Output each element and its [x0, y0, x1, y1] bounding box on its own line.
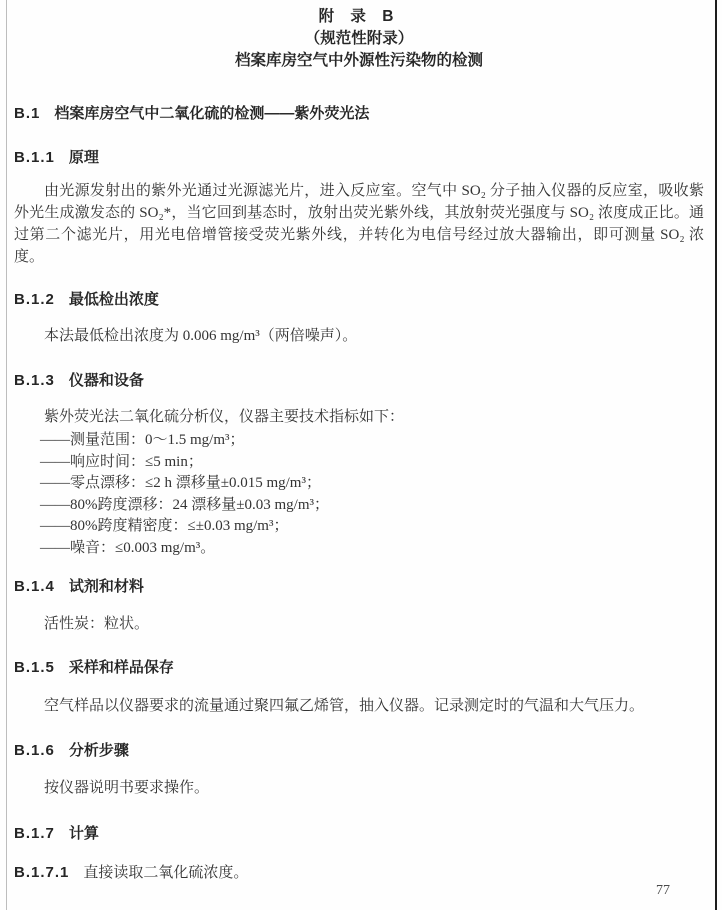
section-heading-b1: B.1档案库房空气中二氧化硫的检测——紫外荧光法: [14, 104, 704, 124]
page-number: 77: [656, 880, 670, 902]
section-number: B.1.7.1: [14, 864, 69, 881]
page-content: 附 录 B （规范性附录） 档案库房空气中外源性污染物的检测 B.1档案库房空气…: [14, 6, 704, 884]
spec-item-measure-range: ——测量范围：0～1.5 mg/m³；: [40, 430, 704, 452]
paragraph-sampling: 空气样品以仪器要求的流量通过聚四氟乙烯管，抽入仪器。记录测定时的气温和大气压力。: [14, 695, 704, 717]
spec-item-zero-drift: ——零点漂移：≤2 h 漂移量±0.015 mg/m³；: [40, 473, 704, 495]
section-title: 仪器和设备: [69, 372, 144, 389]
section-title: 最低检出浓度: [69, 291, 159, 308]
spec-item-response-time: ——响应时间：≤5 min；: [40, 452, 704, 474]
section-heading-b1-7: B.1.7计算: [14, 824, 704, 844]
section-number: B.1.6: [14, 742, 55, 759]
section-heading-b1-4: B.1.4试剂和材料: [14, 577, 704, 597]
appendix-label: 附 录 B: [14, 6, 704, 28]
paragraph-instrument-intro: 紫外荧光法二氧化硫分析仪，仪器主要技术指标如下：: [14, 406, 704, 428]
paragraph-principle: 由光源发射出的紫外光通过光源滤光片，进入反应室。空气中 SO₂ 分子抽入仪器的反…: [14, 180, 704, 268]
paragraph-procedure: 按仪器说明书要求操作。: [14, 777, 704, 799]
appendix-type: （规范性附录）: [14, 28, 704, 50]
scan-border-right: [715, 0, 717, 910]
section-heading-b1-2: B.1.2最低检出浓度: [14, 290, 704, 310]
section-title: 原理: [69, 149, 99, 166]
section-heading-b1-6: B.1.6分析步骤: [14, 741, 704, 761]
section-number: B.1.1: [14, 149, 55, 166]
section-number: B.1.2: [14, 291, 55, 308]
section-title: 分析步骤: [69, 742, 129, 759]
section-title: 档案库房空气中二氧化硫的检测——紫外荧光法: [54, 105, 369, 122]
section-title: 试剂和材料: [69, 578, 144, 595]
spec-item-noise: ——噪音：≤0.003 mg/m³。: [40, 538, 704, 560]
section-heading-b1-3: B.1.3仪器和设备: [14, 371, 704, 391]
section-number: B.1.3: [14, 372, 55, 389]
spec-item-span-drift: ——80%跨度漂移：24 漂移量±0.03 mg/m³；: [40, 495, 704, 517]
section-number: B.1.5: [14, 659, 55, 676]
paragraph-detection-limit: 本法最低检出浓度为 0.006 mg/m³（两倍噪声）。: [14, 325, 704, 347]
section-heading-b1-5: B.1.5采样和样品保存: [14, 658, 704, 678]
spec-item-span-precision: ——80%跨度精密度：≤±0.03 mg/m³；: [40, 516, 704, 538]
scan-border-left: [6, 0, 7, 910]
section-number: B.1.7: [14, 825, 55, 842]
section-b1-7-1: B.1.7.1直接读取二氧化硫浓度。: [14, 862, 704, 884]
section-number: B.1: [14, 105, 40, 122]
section-number: B.1.4: [14, 578, 55, 595]
section-title: 计算: [69, 825, 99, 842]
section-heading-b1-1: B.1.1原理: [14, 148, 704, 168]
section-title: 采样和样品保存: [69, 659, 174, 676]
paragraph-reagents: 活性炭：粒状。: [14, 613, 704, 635]
appendix-title: 档案库房空气中外源性污染物的检测: [14, 50, 704, 72]
spec-list: ——测量范围：0～1.5 mg/m³； ——响应时间：≤5 min； ——零点漂…: [14, 430, 704, 559]
paragraph-read-concentration: 直接读取二氧化硫浓度。: [83, 865, 248, 881]
document-page: 附 录 B （规范性附录） 档案库房空气中外源性污染物的检测 B.1档案库房空气…: [0, 0, 722, 910]
